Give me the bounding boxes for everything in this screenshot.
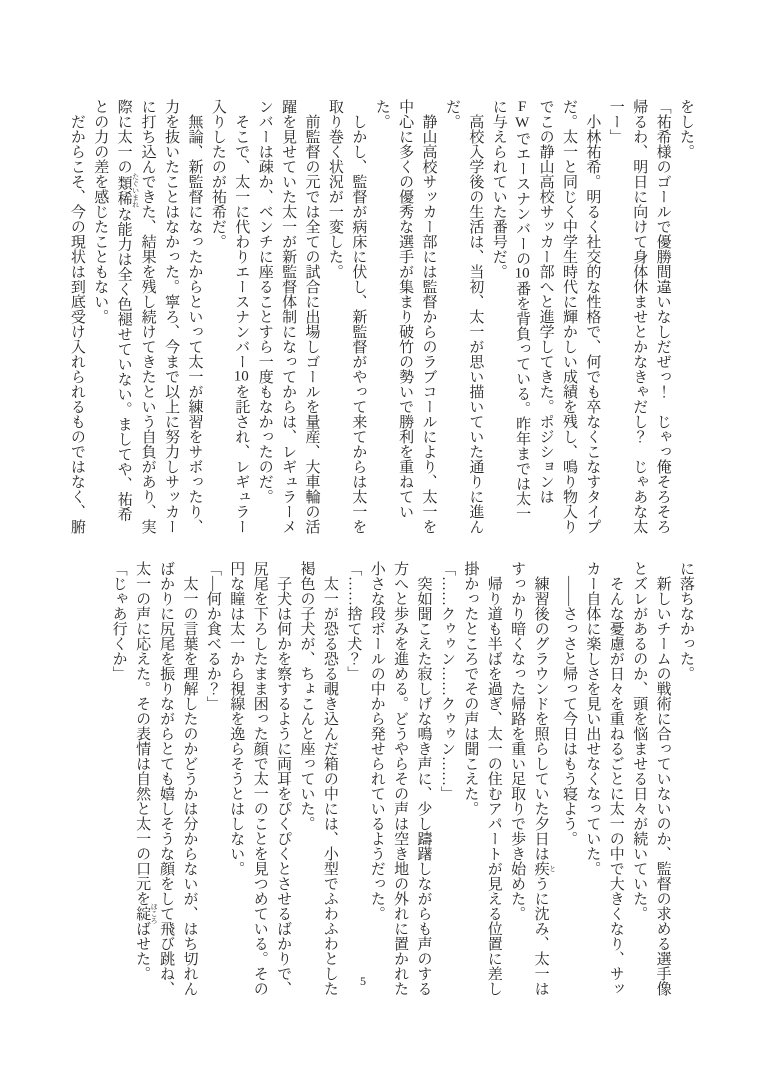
- paragraph: に落ちなかった。: [674, 561, 697, 1007]
- paragraph: 太一が恐る恐る覗き込んだ箱の中には、小型でふわふわとした褐色の子犬が、ちょこんと…: [294, 561, 341, 1007]
- paragraph: 「……捨て犬？」: [341, 561, 364, 1007]
- paragraph: 「―何か食べるか？」: [200, 561, 223, 1007]
- paragraph: 新しいチームの戦術に合っていないのか、監督の求める選手像とズレがあるのか、頭を悩…: [627, 561, 674, 1007]
- paragraph: 子犬は何かを察するように両耳をぴくぴくとさせるばかりで、尻尾を下ろしたまま困った…: [224, 561, 294, 1007]
- paragraph: をした。: [674, 99, 697, 535]
- horizontal-in-vertical-number: 10: [514, 266, 530, 281]
- paragraph: 「じゃあ行くか」: [106, 561, 129, 1007]
- paragraph: 「……クゥゥン……クゥゥン……」: [435, 561, 458, 1007]
- page: をした。「祐希様のゴールで優勝間違いなしだぜっ！ じゃっ俺そろそろ帰るわ、明日に…: [0, 0, 767, 1087]
- paragraph: そこで、太一に代わりエースナンバー10を託され、レギュラー入りしたのが祐希だ。: [205, 99, 252, 535]
- paragraph: 突如聞こえた寂しげな鳴き声に、少し躊躇しながらも声のする方へと歩みを進める。どう…: [364, 561, 434, 1007]
- paragraph: 「祐希様のゴールで優勝間違いなしだぜっ！ じゃっ俺そろそろ帰るわ、明日に向けて身…: [603, 99, 673, 535]
- upright-latin-text: FW: [514, 99, 530, 131]
- paragraph: 前監督の元では全ての試合に出場しゴールを量産、大車輪の活躍を見せていた太一が新監…: [252, 99, 322, 535]
- ruby-annotated-word: 類稀たぐいまれ: [116, 174, 132, 207]
- paragraph: 高校入学後の生活は、当初、太一が思い描いていた通りに進んだ。: [440, 99, 487, 535]
- upper-text-block: をした。「祐希様のゴールで優勝間違いなしだぜっ！ じゃっ俺そろそろ帰るわ、明日に…: [64, 99, 697, 535]
- ruby-annotated-word: 綻ほころ: [134, 906, 150, 921]
- paragraph: 練習後のグラウンドを照らしていた夕日は疾とうに沈み、太一はすっかり暗くなった帰路…: [505, 561, 557, 1007]
- paragraph: 太一の言葉を理解したのかどうかは分からないが、はち切れんばかりに尻尾を振りながら…: [130, 561, 201, 1007]
- paragraph: そんな憂慮が日々を重ねるごとに太一の中で大きくなり、サッカー自体に楽しさを見い出…: [580, 561, 627, 1007]
- lower-text-block: に落ちなかった。 新しいチームの戦術に合っていないのか、監督の求める選手像とズレ…: [106, 561, 697, 1007]
- paragraph: 無論、新監督になったからといって太一が練習をサボったり、力を抜いたことはなかった…: [88, 99, 206, 535]
- paragraph: 帰り道も半ばを過ぎ、太一の住むアパートが見える位置に差し掛かったところでその声は…: [458, 561, 505, 1007]
- paragraph: 小林祐希。明るく社交的な性格で、何でも卒なくこなすタイプだ。太一と同じく中学生時…: [486, 99, 603, 535]
- paragraph: しかし、監督が病床に伏し、新監督がやって来てからは太一を取り巻く状況が一変した。: [323, 99, 370, 535]
- paragraph: 静山高校サッカー部には監督からのラブコールにより、太一を中心に多くの優秀な選手が…: [369, 99, 439, 535]
- page-number: 5: [360, 974, 366, 989]
- horizontal-in-vertical-number: 10: [233, 369, 249, 384]
- paragraph: ――さっさと帰って今日はもう寝よう。: [557, 561, 580, 1007]
- paragraph: だからこそ、今の現状は到底受け入れられるものではなく、腑: [64, 99, 87, 535]
- ruby-annotated-word: 疾と: [533, 861, 549, 876]
